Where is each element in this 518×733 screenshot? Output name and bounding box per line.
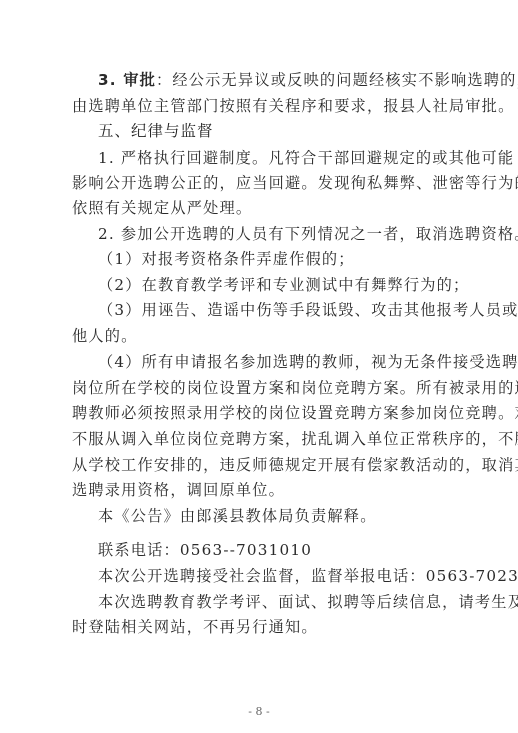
section-heading-discipline: 五、纪律与监督 (98, 121, 454, 141)
rule-2-item-4-line-3: 聘教师必须按照录用学校的岗位设置竞聘方案参加岗位竞聘。对 (72, 403, 454, 423)
rule-2-line-1: 2. 参加公开选聘的人员有下列情况之一者，取消选聘资格。 (98, 224, 454, 244)
rule-2-item-2: （2）在教育教学考评和专业测试中有舞弊行为的； (98, 275, 454, 295)
rule-2-item-3-line-2: 他人的。 (72, 326, 454, 346)
rule-2-item-4-line-4: 不服从调入单位岗位竞聘方案，扰乱调入单位正常秩序的，不服 (72, 429, 454, 449)
supervision-phone: 本次公开选聘接受社会监督，监督举报电话：0563-7023001 (98, 566, 454, 586)
rule-2-item-3-line-1: （3）用诬告、造谣中伤等手段诋毁、攻击其他报考人员或 (98, 300, 454, 320)
page-number: - 8 - (0, 705, 518, 718)
rule-2-item-1: （1）对报考资格条件弄虚作假的； (98, 249, 454, 269)
rule-1-line-3: 依照有关规定从严处理。 (72, 198, 454, 218)
approval-label: 3. 审批 (98, 71, 156, 89)
approval-paragraph-line-2: 由选聘单位主管部门按照有关程序和要求，报县人社局审批。 (72, 96, 454, 116)
rule-2-item-4-line-5: 从学校工作安排的，违反师德规定开展有偿家教活动的，取消其 (72, 455, 454, 475)
interpretation-statement: 本《公告》由郎溪县教体局负责解释。 (98, 506, 454, 526)
rule-1-line-1: 1. 严格执行回避制度。凡符合干部回避规定的或其他可能 (98, 148, 454, 168)
rule-2-item-4-line-1: （4）所有申请报名参加选聘的教师，视为无条件接受选聘 (98, 352, 454, 372)
rule-1-line-2: 影响公开选聘公正的，应当回避。发现徇私舞弊、泄密等行为的， (72, 173, 454, 193)
approval-paragraph-line-1: 3. 审批：经公示无异议或反映的问题经核实不影响选聘的， (98, 70, 454, 90)
followup-notice-line-1: 本次选聘教育教学考评、面试、拟聘等后续信息，请考生及 (98, 592, 454, 612)
followup-notice-line-2: 时登陆相关网站，不再另行通知。 (72, 617, 454, 637)
rule-2-item-4-line-2: 岗位所在学校的岗位设置方案和岗位竞聘方案。所有被录用的选 (72, 378, 454, 398)
document-page: 3. 审批：经公示无异议或反映的问题经核实不影响选聘的， 由选聘单位主管部门按照… (0, 0, 518, 733)
contact-phone: 联系电话：0563--7031010 (98, 540, 454, 560)
rule-2-item-4-line-6: 选聘录用资格，调回原单位。 (72, 480, 454, 500)
